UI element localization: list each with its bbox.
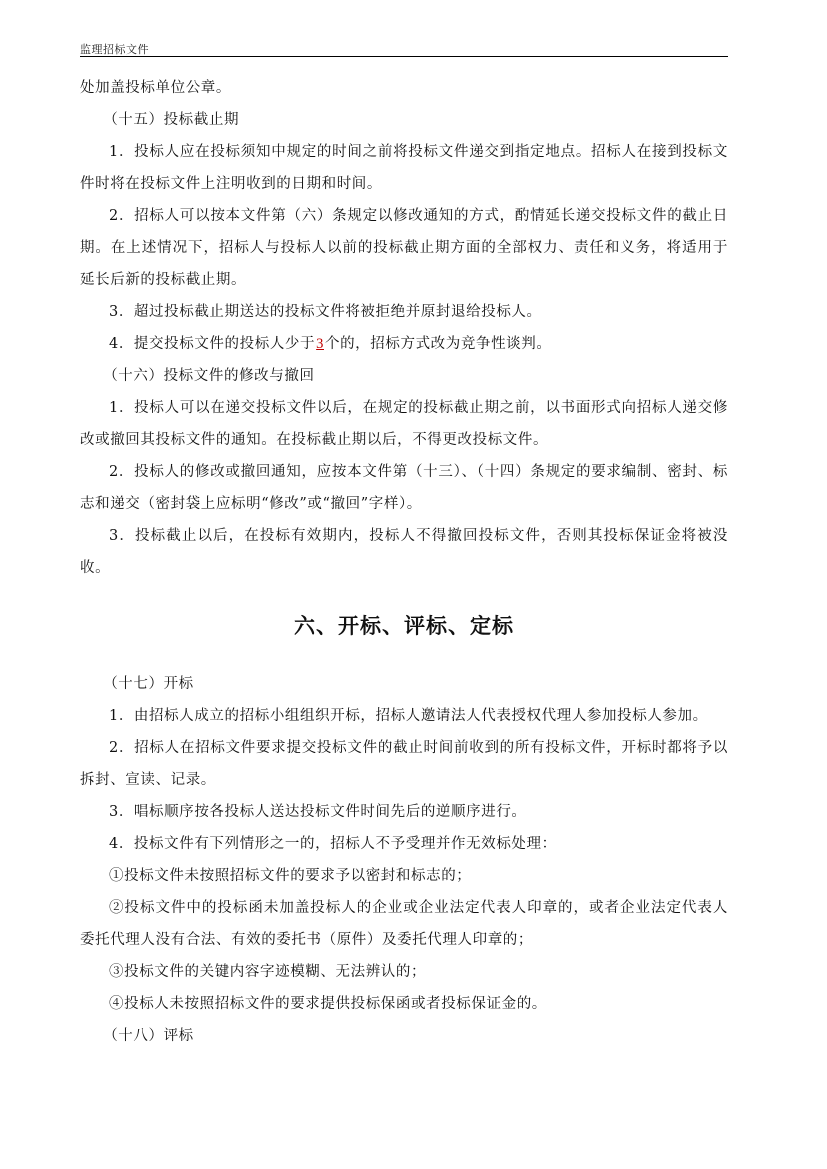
text-after: 个的，招标方式改为竞争性谈判。	[325, 336, 552, 352]
paragraph-min-bidders: 4．提交投标文件的投标人少于3个的，招标方式改为竞争性谈判。	[80, 328, 728, 360]
list-item: ③投标文件的关键内容字迹模糊、无法辨认的；	[80, 956, 728, 988]
paragraph: 4．投标文件有下列情形之一的，招标人不予受理并作无效标处理：	[80, 828, 728, 860]
paragraph: 处加盖投标单位公章。	[80, 72, 728, 104]
subsection-heading-18: （十八）评标	[80, 1020, 728, 1052]
paragraph: 3．投标截止以后，在投标有效期内，投标人不得撤回投标文件，否则其投标保证金将被没…	[80, 520, 728, 584]
page-header: 监理招标文件	[80, 38, 728, 57]
min-bidders-number: 3	[315, 336, 325, 352]
paragraph: 3．唱标顺序按各投标人送达投标文件时间先后的逆顺序进行。	[80, 796, 728, 828]
paragraph: 2．招标人在招标文件要求提交投标文件的截止时间前收到的所有投标文件，开标时都将予…	[80, 732, 728, 796]
paragraph: 2．招标人可以按本文件第（六）条规定以修改通知的方式，酌情延长递交投标文件的截止…	[80, 200, 728, 296]
document-body: 处加盖投标单位公章。 （十五）投标截止期 1．投标人应在投标须知中规定的时间之前…	[80, 72, 728, 1052]
subsection-heading-16: （十六）投标文件的修改与撤回	[80, 360, 728, 392]
paragraph: 1．由招标人成立的招标小组组织开标，招标人邀请法人代表授权代理人参加投标人参加。	[80, 700, 728, 732]
text-before: 4．提交投标文件的投标人少于	[109, 336, 315, 352]
header-title: 监理招标文件	[80, 43, 149, 56]
paragraph: 1．投标人应在投标须知中规定的时间之前将投标文件递交到指定地点。招标人在接到投标…	[80, 136, 728, 200]
list-item: ①投标文件未按照招标文件的要求予以密封和标志的；	[80, 860, 728, 892]
paragraph: 1．投标人可以在递交投标文件以后，在规定的投标截止期之前，以书面形式向招标人递交…	[80, 392, 728, 456]
list-item: ④投标人未按照招标文件的要求提供投标保函或者投标保证金的。	[80, 988, 728, 1020]
paragraph: 3．超过投标截止期送达的投标文件将被拒绝并原封退给投标人。	[80, 296, 728, 328]
subsection-heading-17: （十七）开标	[80, 668, 728, 700]
list-item: ②投标文件中的投标函未加盖投标人的企业或企业法定代表人印章的，或者企业法定代表人…	[80, 892, 728, 956]
subsection-heading-15: （十五）投标截止期	[80, 104, 728, 136]
section-title: 六、开标、评标、定标	[80, 584, 728, 668]
paragraph: 2．投标人的修改或撤回通知，应按本文件第（十三）、（十四）条规定的要求编制、密封…	[80, 456, 728, 520]
